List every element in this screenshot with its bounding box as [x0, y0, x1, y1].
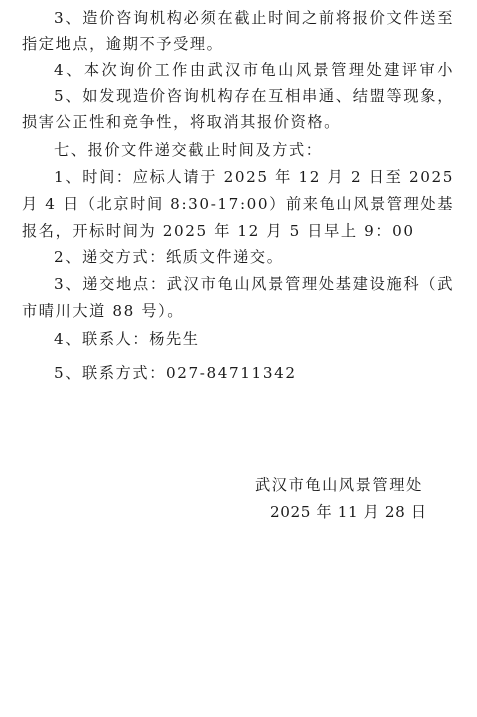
- section-7-item-1-line-2: 月 4 日（北京时间 8:30-17:00）前来龟山风景管理处基建科: [22, 195, 454, 213]
- document-page: 3、造价咨询机构必须在截止时间之前将报价文件送至 指定地点，逾期不予受理。 4、…: [0, 0, 477, 717]
- signature-organization: 武汉市龟山风景管理处: [255, 476, 423, 494]
- section-7-item-5: 5、联系方式：027-84711342: [54, 364, 454, 382]
- paragraph-4: 4、本次询价工作由武汉市龟山风景管理处建评审小组。: [54, 61, 454, 79]
- paragraph-5-line-1: 5、如发现造价咨询机构存在互相串通、结盟等现象，: [54, 87, 454, 105]
- section-7-item-2: 2、递交方式：纸质文件递交。: [54, 248, 454, 266]
- signature-date: 2025 年 11 月 28 日: [270, 503, 427, 521]
- section-7-item-4: 4、联系人：杨先生: [54, 330, 454, 348]
- section-7-item-3-line-2: 市晴川大道 88 号）。: [22, 302, 454, 320]
- section-7-item-1-line-3: 报名，开标时间为 2025 年 12 月 5 日早上 9：00: [22, 222, 454, 240]
- section-7-heading: 七、报价文件递交截止时间及方式：: [54, 141, 454, 159]
- section-7-item-1-line-1: 1、时间：应标人请于 2025 年 12 月 2 日至 2025 年 12: [54, 168, 454, 186]
- paragraph-5-line-2: 损害公正性和竞争性，将取消其报价资格。: [22, 113, 454, 131]
- paragraph-3-line-1: 3、造价咨询机构必须在截止时间之前将报价文件送至: [54, 9, 454, 27]
- section-7-item-3-line-1: 3、递交地点：武汉市龟山风景管理处基建设施科（武汉: [54, 275, 454, 293]
- paragraph-3-line-2: 指定地点，逾期不予受理。: [22, 35, 454, 53]
